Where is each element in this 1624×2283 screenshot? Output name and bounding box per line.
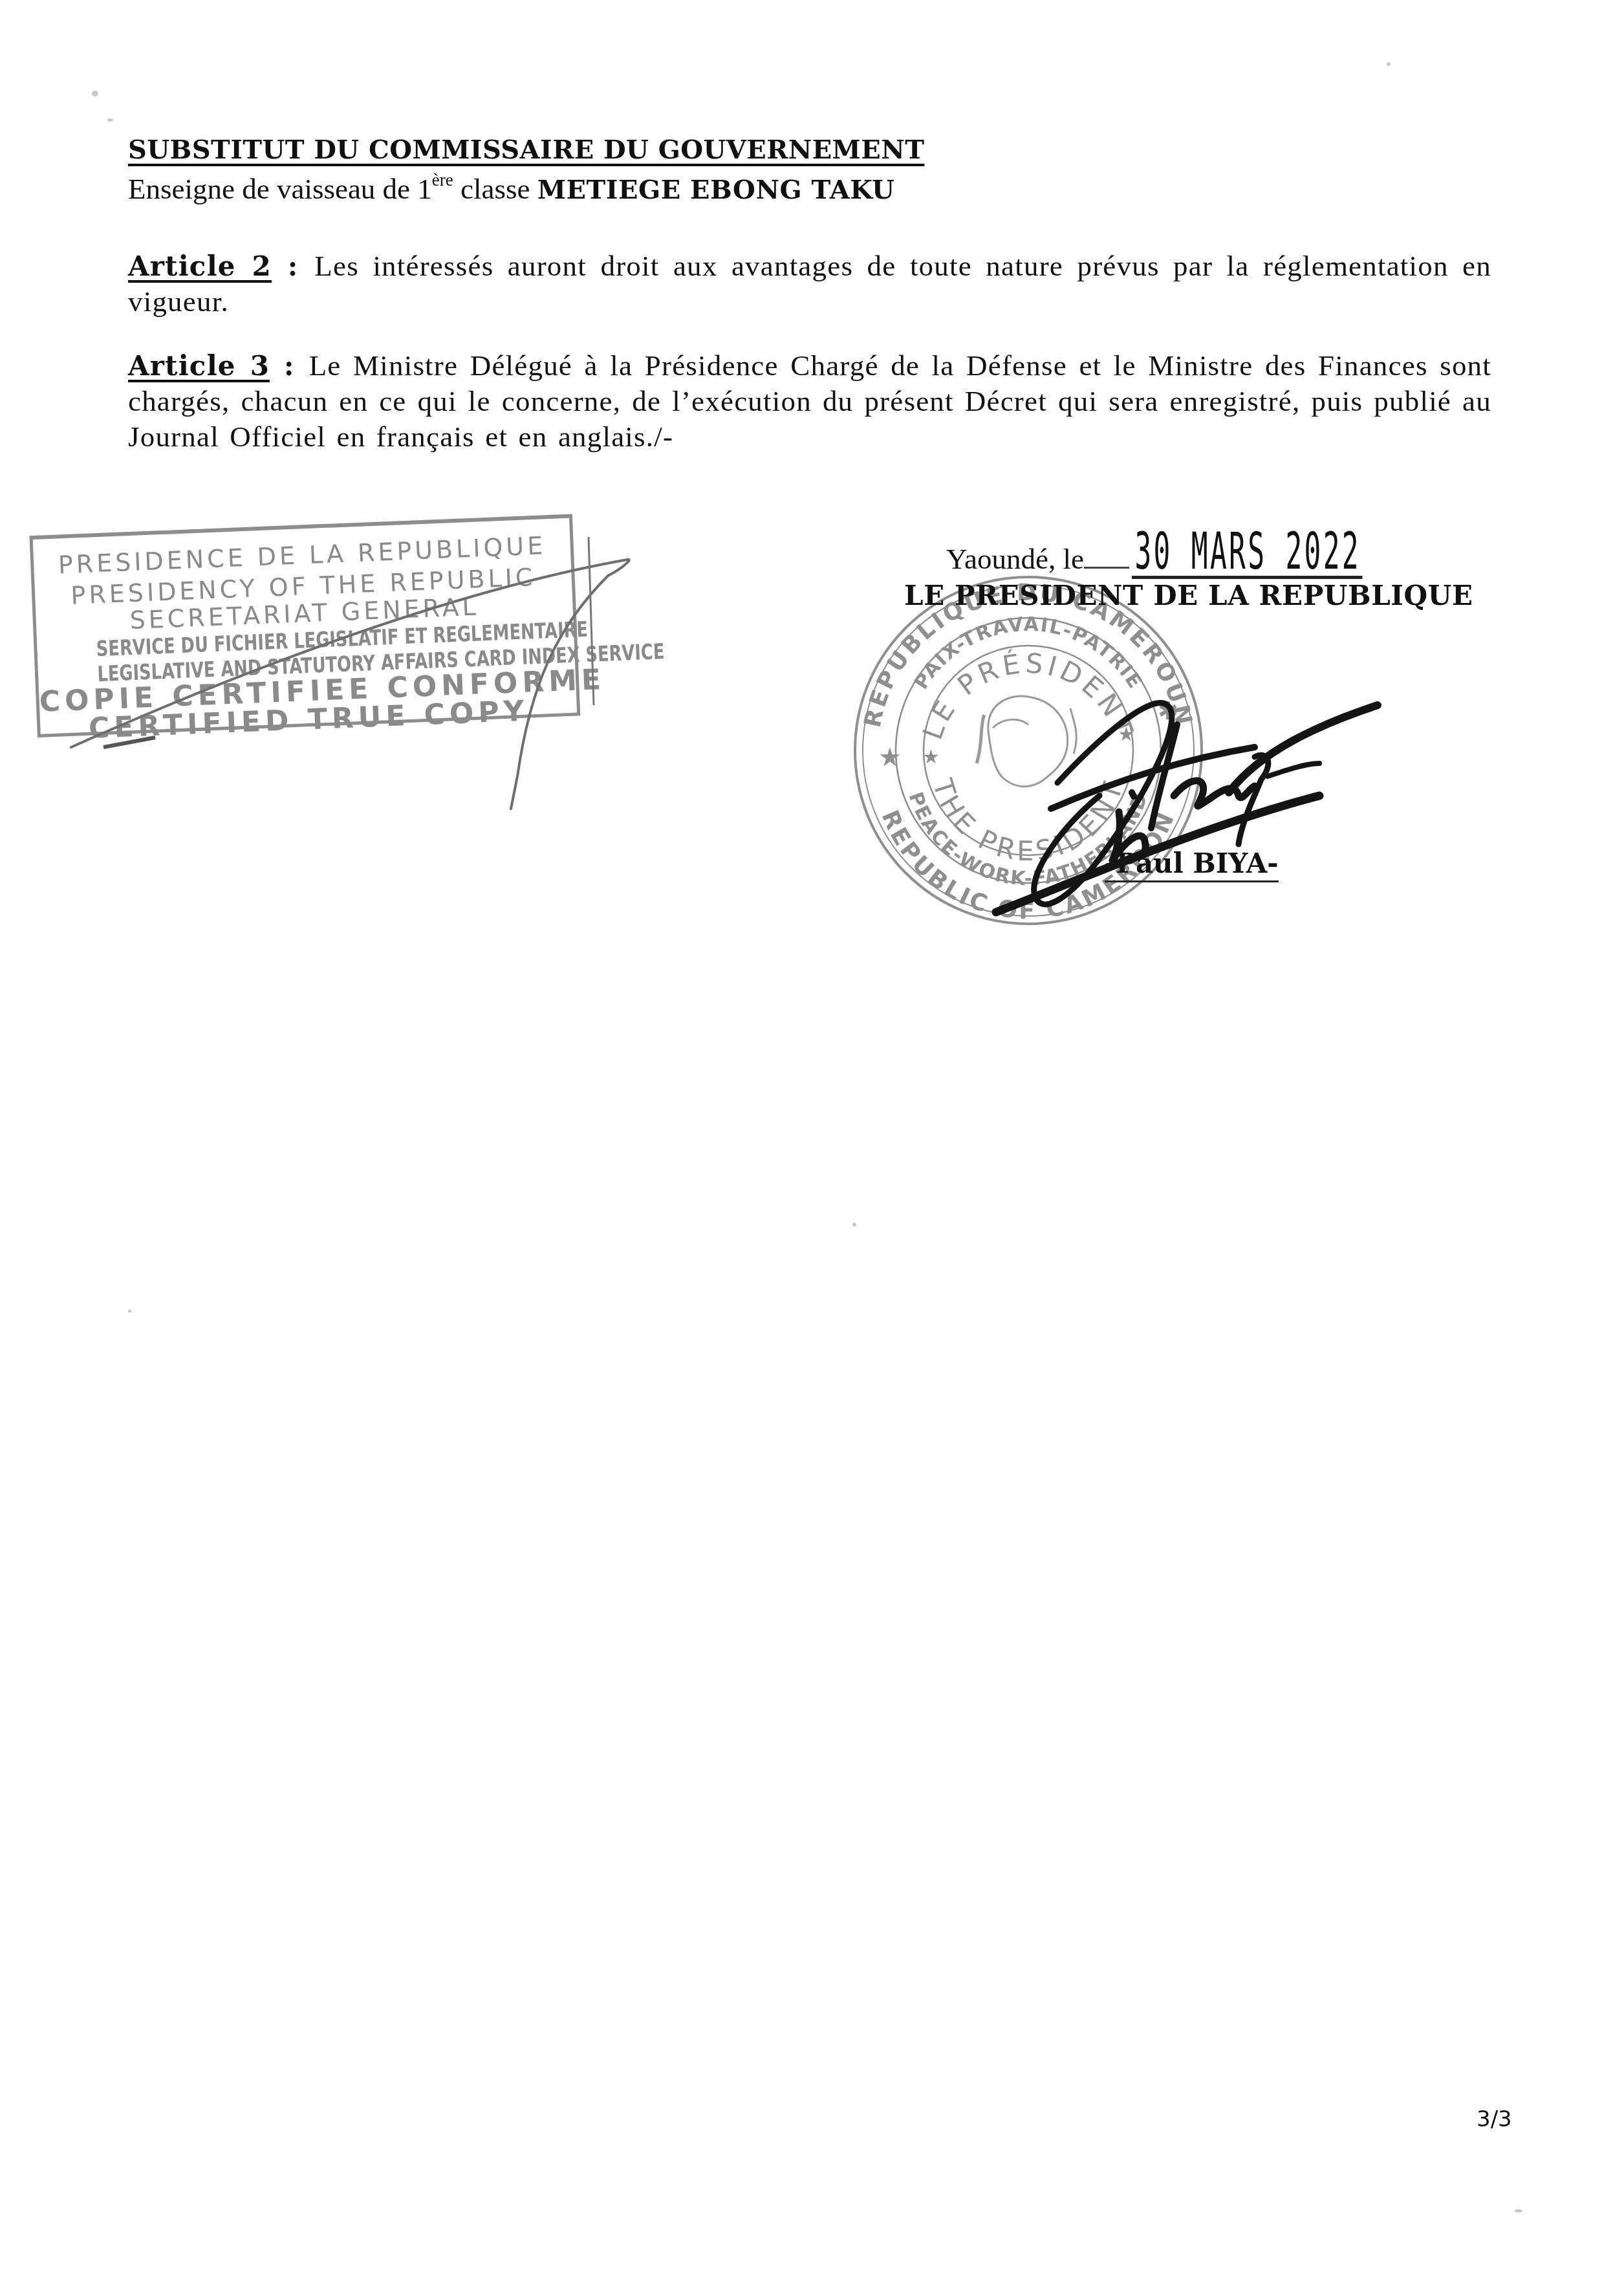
rank-suffix: classe — [453, 173, 537, 205]
scan-speck — [92, 91, 98, 96]
seal-star-icon: ★ — [878, 743, 902, 772]
signatory-title: LE PRESIDENT DE LA REPUBLIQUE — [904, 580, 1473, 611]
certified-copy-stamp: PRESIDENCE DE LA REPUBLIQUE PRESIDENCY O… — [29, 514, 580, 737]
scan-speck — [1387, 62, 1391, 66]
article-colon: : — [272, 250, 314, 282]
rank-ordinal-suffix: ère — [432, 170, 453, 190]
document-page: SUBSTITUT DU COMMISSAIRE DU GOUVERNEMENT… — [0, 0, 1624, 2283]
article-colon: : — [270, 350, 309, 382]
article-text: Les intéressés auront droit aux avantage… — [128, 250, 1491, 318]
section-heading: SUBSTITUT DU COMMISSAIRE DU GOUVERNEMENT — [128, 135, 924, 165]
scan-speck — [1515, 2209, 1522, 2212]
article-text: Le Ministre Délégué à la Présidence Char… — [128, 349, 1491, 453]
article-2: Article 2 : Les intéressés auront droit … — [128, 248, 1491, 320]
date-underline — [1084, 567, 1129, 569]
handwritten-signature — [983, 666, 1410, 925]
scan-speck — [852, 1223, 856, 1227]
article-label: Article 3 — [128, 350, 270, 382]
seal-star-icon: ★ — [922, 746, 940, 769]
page-number: 3/3 — [1477, 2106, 1512, 2132]
scan-speck — [107, 118, 113, 122]
officer-name: METIEGE EBONG TAKU — [537, 175, 895, 205]
article-label: Article 2 — [128, 250, 272, 282]
scan-speck — [128, 1309, 131, 1313]
rank-line: Enseigne de vaisseau de 1ère classe METI… — [128, 172, 894, 206]
rank-prefix: Enseigne de vaisseau de 1 — [128, 173, 432, 205]
article-3: Article 3 : Le Ministre Délégué à la Pré… — [128, 348, 1491, 455]
